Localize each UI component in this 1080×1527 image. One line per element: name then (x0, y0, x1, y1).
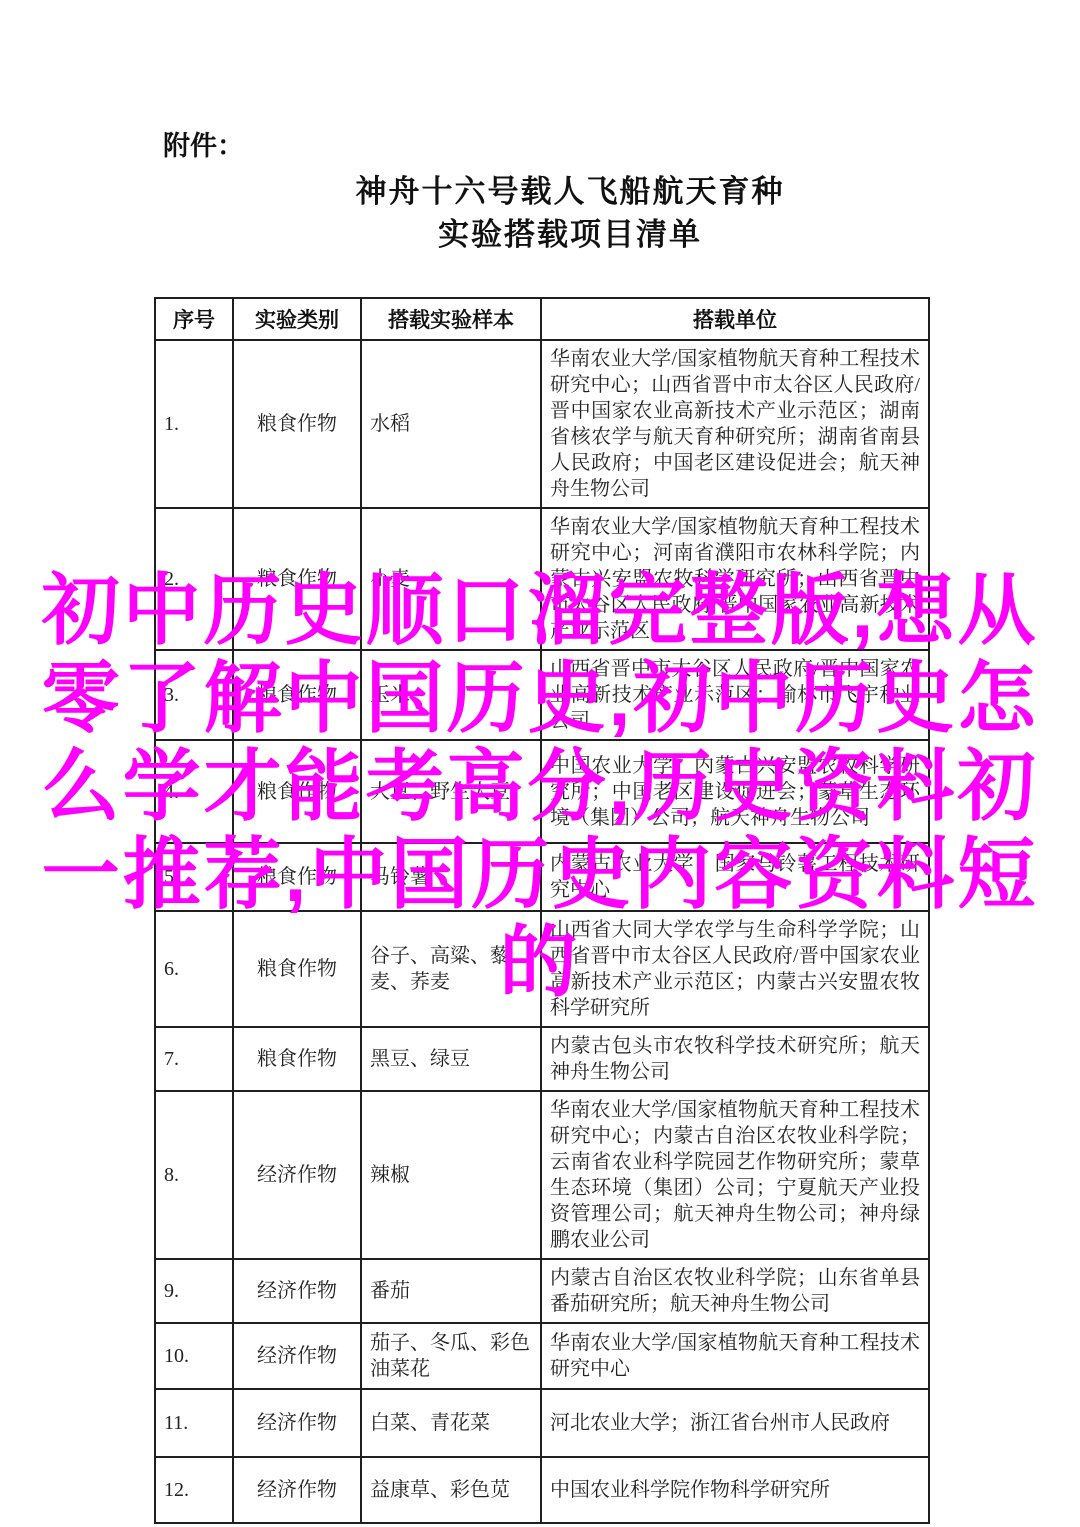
watermark-title-overlay: 初中历史顺口溜完整版,想从 零了解中国历史,初中历史怎 么学才能考高分,历史资料… (0, 566, 1080, 1006)
cell-category: 经济作物 (233, 1091, 361, 1259)
document-title: 神舟十六号载人飞船航天育种 实验搭载项目清单 (0, 170, 1080, 256)
cell-units: 中国农业科学院作物科学研究所 (541, 1457, 929, 1523)
col-header-no: 序号 (155, 298, 233, 340)
attachment-label: 附件： (163, 124, 244, 163)
table-row: 7.粮食作物黑豆、绿豆内蒙古包头市农牧科学技术研究所；航天神舟生物公司 (155, 1027, 929, 1091)
cell-no: 12. (155, 1457, 233, 1523)
watermark-line: 的 (0, 918, 1080, 1006)
table-row: 10.经济作物茄子、冬瓜、彩色油菜花华南农业大学/国家植物航天育种工程技术研究中… (155, 1323, 929, 1389)
cell-category: 粮食作物 (233, 340, 361, 508)
cell-sample: 辣椒 (361, 1091, 541, 1259)
cell-no: 7. (155, 1027, 233, 1091)
table-row: 12.经济作物益康草、彩色苋中国农业科学院作物科学研究所 (155, 1457, 929, 1523)
cell-sample: 番茄 (361, 1259, 541, 1323)
watermark-line: 么学才能考高分,历史资料初 (0, 742, 1080, 830)
table-row: 11.经济作物白菜、青花菜河北农业大学；浙江省台州市人民政府 (155, 1389, 929, 1457)
table-row: 1.粮食作物水稻华南农业大学/国家植物航天育种工程技术研究中心；山西省晋中市太谷… (155, 340, 929, 508)
cell-sample: 益康草、彩色苋 (361, 1457, 541, 1523)
cell-category: 经济作物 (233, 1457, 361, 1523)
cell-no: 10. (155, 1323, 233, 1389)
watermark-line: 零了解中国历史,初中历史怎 (0, 654, 1080, 742)
cell-sample: 水稻 (361, 340, 541, 508)
col-header-units: 搭载单位 (541, 298, 929, 340)
cell-sample: 茄子、冬瓜、彩色油菜花 (361, 1323, 541, 1389)
cell-units: 内蒙古自治区农牧业科学院；山东省单县番茄研究所；航天神舟生物公司 (541, 1259, 929, 1323)
cell-sample: 白菜、青花菜 (361, 1389, 541, 1457)
cell-units: 内蒙古包头市农牧科学技术研究所；航天神舟生物公司 (541, 1027, 929, 1091)
table-row: 9.经济作物番茄内蒙古自治区农牧业科学院；山东省单县番茄研究所；航天神舟生物公司 (155, 1259, 929, 1323)
cell-category: 经济作物 (233, 1259, 361, 1323)
col-header-category: 实验类别 (233, 298, 361, 340)
watermark-line: 一推荐,中国历史内容资料短 (0, 830, 1080, 918)
cell-no: 8. (155, 1091, 233, 1259)
cell-no: 9. (155, 1259, 233, 1323)
watermark-line: 初中历史顺口溜完整版,想从 (0, 566, 1080, 654)
col-header-sample: 搭载实验样本 (361, 298, 541, 340)
cell-category: 粮食作物 (233, 1027, 361, 1091)
cell-no: 11. (155, 1389, 233, 1457)
table-header-row: 序号 实验类别 搭载实验样本 搭载单位 (155, 298, 929, 340)
cell-units: 华南农业大学/国家植物航天育种工程技术研究中心；山西省晋中市太谷区人民政府/晋中… (541, 340, 929, 508)
table-row: 8.经济作物辣椒华南农业大学/国家植物航天育种工程技术研究中心；内蒙古自治区农牧… (155, 1091, 929, 1259)
cell-units: 河北农业大学；浙江省台州市人民政府 (541, 1389, 929, 1457)
document-title-line1: 神舟十六号载人飞船航天育种 (60, 170, 1080, 213)
document-title-line2: 实验搭载项目清单 (60, 213, 1080, 256)
cell-units: 华南农业大学/国家植物航天育种工程技术研究中心；内蒙古自治区农牧业科学院；云南省… (541, 1091, 929, 1259)
cell-units: 华南农业大学/国家植物航天育种工程技术研究中心 (541, 1323, 929, 1389)
document-page: 附件： 神舟十六号载人飞船航天育种 实验搭载项目清单 序号 实验类别 搭载实验样… (0, 0, 1080, 1527)
cell-no: 1. (155, 340, 233, 508)
cell-sample: 黑豆、绿豆 (361, 1027, 541, 1091)
cell-category: 经济作物 (233, 1389, 361, 1457)
cell-category: 经济作物 (233, 1323, 361, 1389)
